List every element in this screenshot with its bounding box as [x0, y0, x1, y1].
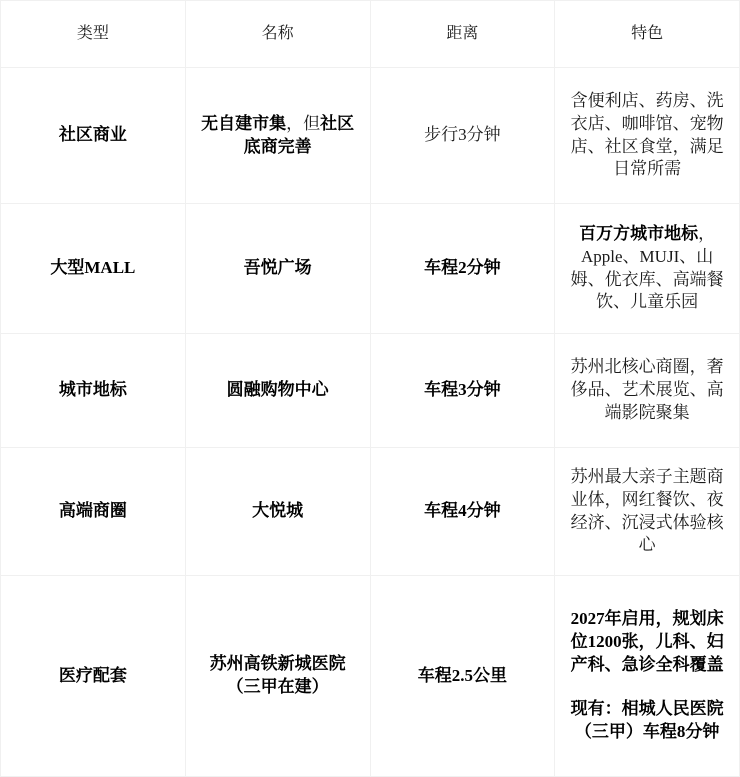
features-cell: 含便利店、药房、洗衣店、咖啡馆、宠物店、社区食堂，满足日常所需: [555, 68, 740, 204]
features-text: 苏州北核心商圈，奢侈品、艺术展览、高端影院聚集: [571, 357, 724, 422]
type-label: 大型MALL: [50, 258, 135, 277]
distance-label: 步行3分钟: [424, 125, 501, 144]
type-cell: 城市地标: [1, 334, 186, 448]
features-cell: 苏州北核心商圈，奢侈品、艺术展览、高端影院聚集: [555, 334, 740, 448]
type-label: 高端商圈: [59, 501, 127, 520]
features-paragraph-2: 现有：相城人民医院（三甲）车程8分钟: [565, 698, 729, 744]
distance-cell: 车程2.5公里: [370, 576, 555, 777]
amenities-table: 类型 名称 距离 特色 社区商业 无自建市集，但社区底商完善 步行3分钟 含便利…: [0, 0, 740, 777]
distance-cell: 车程4分钟: [370, 448, 555, 576]
name-cell: 大悦城: [185, 448, 370, 576]
name-segment-regular: ，但: [286, 114, 320, 133]
type-cell: 医疗配套: [1, 576, 186, 777]
name-cell: 圆融购物中心: [185, 334, 370, 448]
name-label: 圆融购物中心: [227, 380, 329, 399]
features-segment-bold: 百万方城市地标: [579, 224, 698, 243]
table-row-community-commerce: 社区商业 无自建市集，但社区底商完善 步行3分钟 含便利店、药房、洗衣店、咖啡馆…: [1, 68, 740, 204]
name-segment-bold: 无自建市集: [201, 114, 286, 133]
type-label: 城市地标: [59, 380, 127, 399]
table-row-large-mall: 大型MALL 吾悦广场 车程2分钟 百万方城市地标，Apple、MUJI、山姆、…: [1, 204, 740, 334]
header-name: 名称: [185, 1, 370, 68]
distance-label: 车程4分钟: [424, 501, 501, 520]
features-cell: 苏州最大亲子主题商业体，网红餐饮、夜经济、沉浸式体验核心: [555, 448, 740, 576]
type-cell: 高端商圈: [1, 448, 186, 576]
name-line-1: 苏州高铁新城医院: [196, 653, 360, 676]
type-cell: 社区商业: [1, 68, 186, 204]
type-label: 医疗配套: [59, 666, 127, 685]
table-row-premium-district: 高端商圈 大悦城 车程4分钟 苏州最大亲子主题商业体，网红餐饮、夜经济、沉浸式体…: [1, 448, 740, 576]
distance-label: 车程3分钟: [424, 380, 501, 399]
type-label: 社区商业: [59, 125, 127, 144]
name-line-2: （三甲在建）: [196, 676, 360, 699]
distance-cell: 车程2分钟: [370, 204, 555, 334]
table-row-city-landmark: 城市地标 圆融购物中心 车程3分钟 苏州北核心商圈，奢侈品、艺术展览、高端影院聚…: [1, 334, 740, 448]
header-type: 类型: [1, 1, 186, 68]
features-text: 苏州最大亲子主题商业体，网红餐饮、夜经济、沉浸式体验核心: [571, 467, 724, 555]
distance-cell: 车程3分钟: [370, 334, 555, 448]
features-text: 含便利店、药房、洗衣店、咖啡馆、宠物店、社区食堂，满足日常所需: [571, 91, 724, 179]
table-row-medical: 医疗配套 苏州高铁新城医院 （三甲在建） 车程2.5公里 2027年启用，规划床…: [1, 576, 740, 777]
header-distance: 距离: [370, 1, 555, 68]
name-cell: 无自建市集，但社区底商完善: [185, 68, 370, 204]
features-cell: 2027年启用，规划床位1200张，儿科、妇产科、急诊全科覆盖 现有：相城人民医…: [555, 576, 740, 777]
distance-cell: 步行3分钟: [370, 68, 555, 204]
name-label: 吾悦广场: [244, 258, 312, 277]
distance-label: 车程2.5公里: [418, 666, 507, 685]
header-row: 类型 名称 距离 特色: [1, 1, 740, 68]
distance-label: 车程2分钟: [424, 258, 501, 277]
name-label: 大悦城: [252, 501, 303, 520]
features-cell: 百万方城市地标，Apple、MUJI、山姆、优衣库、高端餐饮、儿童乐园: [555, 204, 740, 334]
name-cell: 吾悦广场: [185, 204, 370, 334]
features-paragraph-1: 2027年启用，规划床位1200张，儿科、妇产科、急诊全科覆盖: [565, 608, 729, 677]
name-cell: 苏州高铁新城医院 （三甲在建）: [185, 576, 370, 777]
type-cell: 大型MALL: [1, 204, 186, 334]
header-features: 特色: [555, 1, 740, 68]
